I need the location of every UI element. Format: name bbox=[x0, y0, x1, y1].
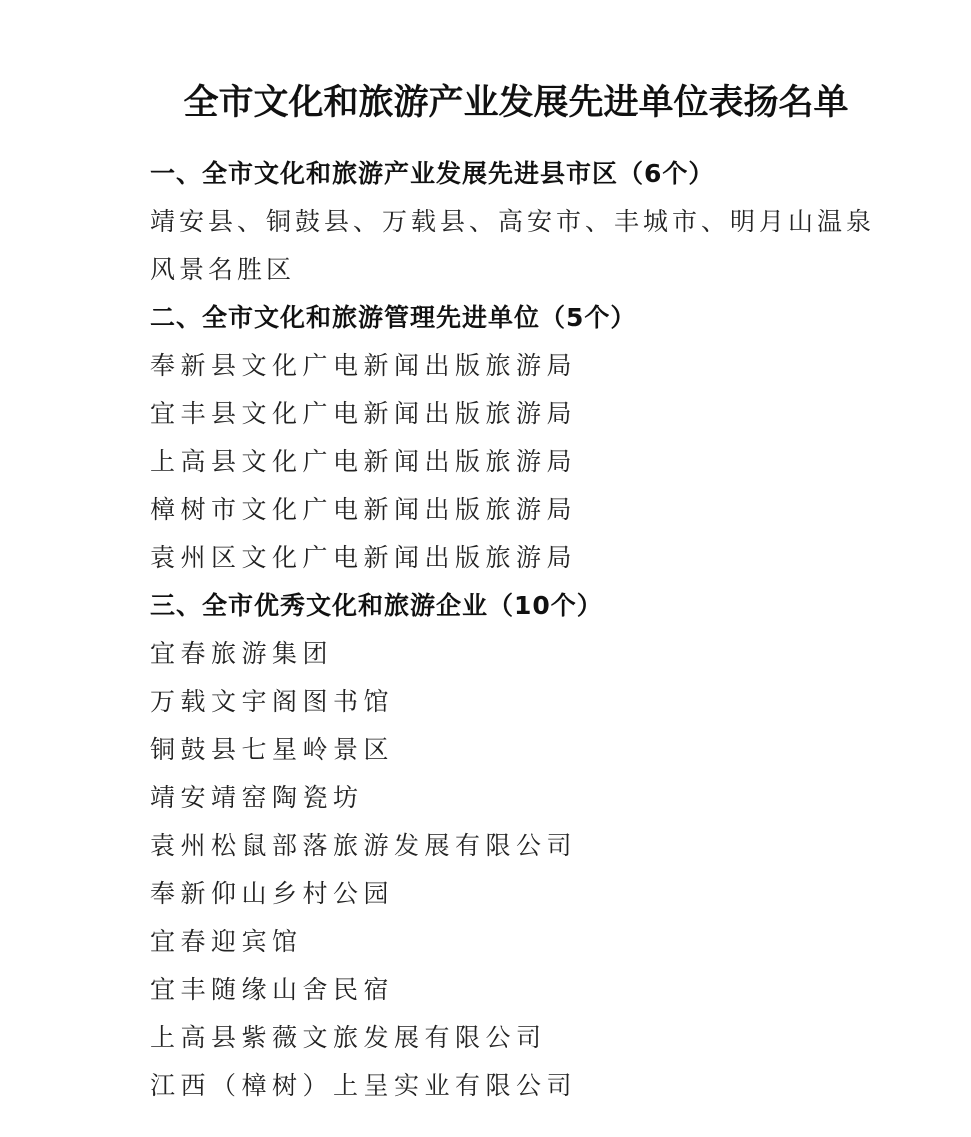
list-item: 靖安靖窑陶瓷坊 bbox=[150, 774, 890, 822]
list-item: 宜丰随缘山舍民宿 bbox=[150, 966, 890, 1014]
list-item: 宜春旅游集团 bbox=[150, 630, 890, 678]
section-heading: 二、全市文化和旅游管理先进单位（5个） bbox=[150, 294, 890, 342]
list-item: 江西（樟树）上呈实业有限公司 bbox=[150, 1062, 890, 1110]
section-heading: 一、全市文化和旅游产业发展先进县市区（6个） bbox=[150, 150, 890, 198]
list-item: 袁州区文化广电新闻出版旅游局 bbox=[150, 534, 890, 582]
list-item: 上高县文化广电新闻出版旅游局 bbox=[150, 438, 890, 486]
section-heading: 三、全市优秀文化和旅游企业（10个） bbox=[150, 582, 890, 630]
list-item: 万载文宇阁图书馆 bbox=[150, 678, 890, 726]
list-item: 樟树市文化广电新闻出版旅游局 bbox=[150, 486, 890, 534]
document-title: 全市文化和旅游产业发展先进单位表扬名单 bbox=[0, 78, 971, 128]
list-item: 奉新县文化广电新闻出版旅游局 bbox=[150, 342, 890, 390]
list-item: 奉新仰山乡村公园 bbox=[150, 870, 890, 918]
list-item: 袁州松鼠部落旅游发展有限公司 bbox=[150, 822, 890, 870]
list-item: 宜丰县文化广电新闻出版旅游局 bbox=[150, 390, 890, 438]
list-item: 宜春迎宾馆 bbox=[150, 918, 890, 966]
county-list-paragraph: 靖安县、铜鼓县、万载县、高安市、丰城市、明月山温泉风景名胜区 bbox=[150, 198, 885, 294]
list-item: 上高县紫薇文旅发展有限公司 bbox=[150, 1014, 890, 1062]
section-advanced-counties: 一、全市文化和旅游产业发展先进县市区（6个） 靖安县、铜鼓县、万载县、高安市、丰… bbox=[150, 150, 890, 294]
document-body: 一、全市文化和旅游产业发展先进县市区（6个） 靖安县、铜鼓县、万载县、高安市、丰… bbox=[150, 150, 890, 1110]
section-excellent-enterprises: 三、全市优秀文化和旅游企业（10个） 宜春旅游集团 万载文宇阁图书馆 铜鼓县七星… bbox=[150, 582, 890, 1110]
list-item: 铜鼓县七星岭景区 bbox=[150, 726, 890, 774]
section-management-units: 二、全市文化和旅游管理先进单位（5个） 奉新县文化广电新闻出版旅游局 宜丰县文化… bbox=[150, 294, 890, 582]
